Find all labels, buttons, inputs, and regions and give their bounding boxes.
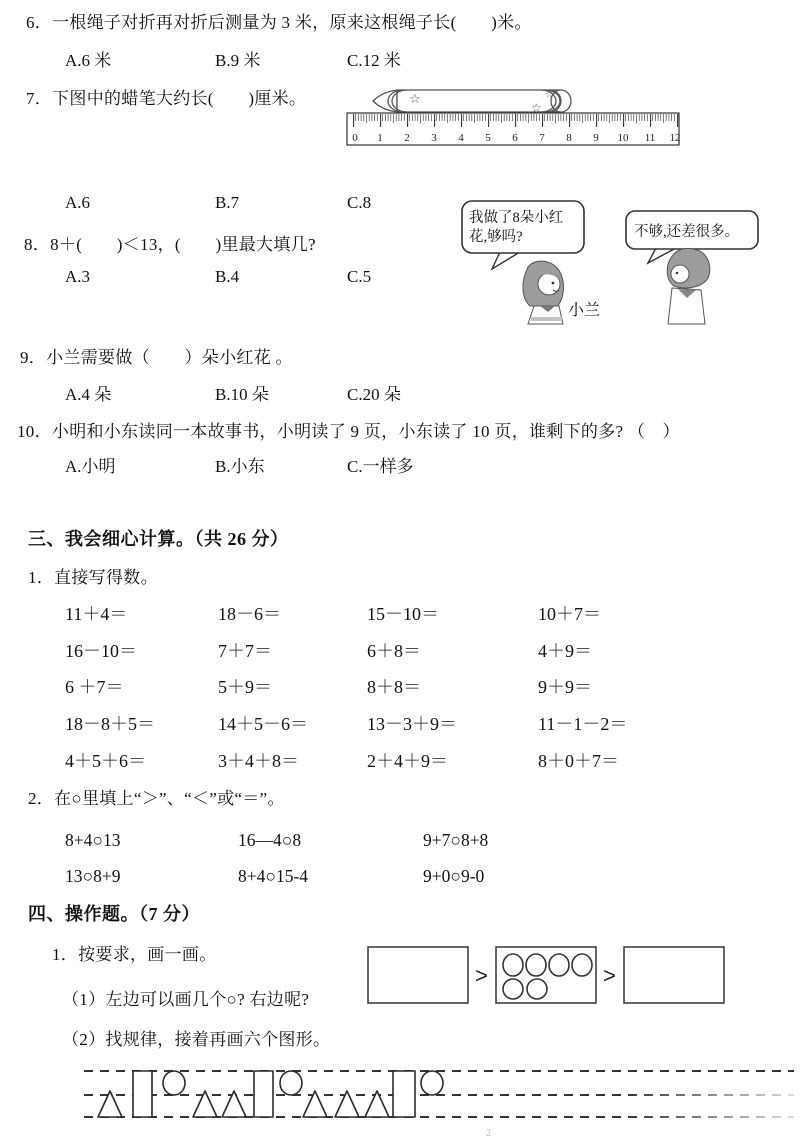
calc-item: 8＋8＝ bbox=[367, 673, 421, 699]
compare-item: 8+4○13 bbox=[65, 830, 120, 851]
compare-item: 16—4○8 bbox=[238, 830, 301, 851]
boy-face bbox=[671, 265, 689, 283]
compare-item: 8+4○15-4 bbox=[238, 866, 308, 887]
calc-row: 6 ＋7＝ 5＋9＝ 8＋8＝ 9＋9＝ bbox=[0, 673, 809, 697]
option-b: B.小东 bbox=[215, 452, 265, 477]
question-10-text: 10．小明和小东读同一本故事书，小明读了 9 页，小东读了 10 页，谁剩下的多… bbox=[17, 417, 680, 442]
question-7-text: 7．下图中的蜡笔大约长( )厘米。 bbox=[26, 84, 306, 109]
calc-row: 11＋4＝ 18－6＝ 15－10＝ 10＋7＝ bbox=[0, 600, 809, 624]
rectangle-shape bbox=[254, 1071, 273, 1117]
calc-item: 9＋9＝ bbox=[538, 673, 592, 699]
triangle-shape bbox=[303, 1091, 327, 1117]
calc-item: 14＋5－6＝ bbox=[218, 710, 308, 736]
calc-item: 7＋7＝ bbox=[218, 637, 272, 663]
boy-bubble-text: 不够,还差很多。 bbox=[634, 223, 739, 240]
option-a: A.4 朵 bbox=[65, 380, 111, 405]
section-3-sub2: 2．在○里填上“＞”、“＜”或“＝”。 bbox=[28, 784, 285, 809]
girl-bubble-text-line1: 我做了8朵小红 bbox=[469, 209, 563, 226]
ruler-tick-label: 7 bbox=[539, 132, 545, 144]
section-3-sub1: 1．直接写得数。 bbox=[28, 563, 158, 588]
ruler-tick-label: 8 bbox=[566, 132, 572, 144]
section-3-heading: 三、我会细心计算。（共 26 分） bbox=[28, 525, 289, 551]
ruler-tick-label: 9 bbox=[593, 132, 599, 144]
calc-item: 8＋0＋7＝ bbox=[538, 747, 619, 773]
option-c: C.12 米 bbox=[347, 46, 401, 71]
question-9-options: A.4 朵 B.10 朵 C.20 朵 bbox=[0, 380, 809, 404]
option-a: A.6 bbox=[65, 193, 90, 213]
option-c: C.5 bbox=[347, 267, 371, 287]
calc-item: 18－8＋5＝ bbox=[65, 710, 155, 736]
calc-item: 6 ＋7＝ bbox=[65, 673, 124, 699]
option-b: B.10 朵 bbox=[215, 380, 269, 405]
question-10-options: A.小明 B.小东 C.一样多 bbox=[0, 452, 809, 476]
option-b: B.4 bbox=[215, 267, 239, 287]
compare-row: 13○8+9 8+4○15-4 9+0○9-0 bbox=[0, 866, 809, 890]
calc-row: 18－8＋5＝ 14＋5－6＝ 13－3＋9＝ 11－1－2＝ bbox=[0, 710, 809, 734]
girl-name-label: 小兰 bbox=[568, 301, 600, 319]
option-a: A.3 bbox=[65, 267, 90, 287]
compare-boxes-figure: > > bbox=[360, 940, 740, 1008]
calc-item: 5＋9＝ bbox=[218, 673, 272, 699]
section-4-sub1: 1．按要求，画一画。 bbox=[52, 940, 217, 965]
faded-area bbox=[622, 1082, 796, 1128]
compare-row: 8+4○13 16—4○8 9+7○8+8 bbox=[0, 830, 809, 854]
star-icon: ☆ bbox=[409, 92, 421, 107]
pattern-figure bbox=[82, 1056, 796, 1134]
option-a: A.小明 bbox=[65, 452, 116, 477]
compare-item: 9+7○8+8 bbox=[423, 830, 488, 851]
triangle-shape bbox=[335, 1091, 359, 1117]
page-number-mark: 2 bbox=[486, 1128, 491, 1139]
compare-item: 9+0○9-0 bbox=[423, 866, 484, 887]
option-b: B.9 米 bbox=[215, 46, 260, 71]
question-6-options: A.6 米 B.9 米 C.12 米 bbox=[0, 46, 809, 70]
calc-item: 2＋4＋9＝ bbox=[367, 747, 448, 773]
calc-item: 6＋8＝ bbox=[367, 637, 421, 663]
girl-bubble-text-line2: 花,够吗? bbox=[469, 227, 523, 245]
calc-item: 13－3＋9＝ bbox=[367, 710, 457, 736]
calc-row: 16－10＝ 7＋7＝ 6＋8＝ 4＋9＝ bbox=[0, 637, 809, 661]
circle-shape bbox=[163, 1071, 185, 1095]
ruler-figure: 0 1 2 3 4 5 6 7 8 9 10 11 12 bbox=[345, 111, 681, 147]
triangle-shape bbox=[365, 1091, 389, 1117]
ruler-tick-label: 6 bbox=[512, 132, 518, 144]
section-4-q2: （2）找规律，接着再画六个图形。 bbox=[62, 1025, 330, 1050]
rectangle-shape bbox=[393, 1071, 415, 1117]
calc-item: 18－6＝ bbox=[218, 600, 281, 626]
ruler-tick-label: 0 bbox=[352, 132, 358, 144]
ruler-tick-label: 11 bbox=[645, 132, 656, 144]
option-a: A.6 米 bbox=[65, 46, 111, 71]
calc-item: 10＋7＝ bbox=[538, 600, 601, 626]
ruler-tick-label: 12 bbox=[670, 132, 681, 144]
rectangle-shape bbox=[133, 1071, 152, 1117]
calc-row: 4＋5＋6＝ 3＋4＋8＝ 2＋4＋9＝ 8＋0＋7＝ bbox=[0, 747, 809, 771]
option-c: C.8 bbox=[347, 193, 371, 213]
calc-item: 16－10＝ bbox=[65, 637, 137, 663]
ruler-tick-label: 10 bbox=[618, 132, 630, 144]
ruler-tick-label: 3 bbox=[431, 132, 437, 144]
circle-shape bbox=[280, 1071, 302, 1095]
section-4-heading: 四、操作题。（7 分） bbox=[28, 900, 200, 926]
triangle-shape bbox=[222, 1091, 246, 1117]
option-b: B.7 bbox=[215, 193, 239, 213]
calc-item: 11－1－2＝ bbox=[538, 710, 627, 736]
empty-box-right bbox=[624, 947, 724, 1003]
calc-item: 3＋4＋8＝ bbox=[218, 747, 299, 773]
calc-item: 4＋5＋6＝ bbox=[65, 747, 146, 773]
ruler-tick-label: 4 bbox=[458, 132, 464, 144]
star-icon: ☆ bbox=[545, 90, 553, 100]
question-9-text: 9．小兰需要做（ ）朵小红花 。 bbox=[20, 343, 293, 368]
question-6-text: 6．一根绳子对折再对折后测量为 3 米，原来这根绳子长( )米。 bbox=[26, 8, 532, 33]
cartoon-figure: 我做了8朵小红 花,够吗? 不够,还差很多。 小兰 bbox=[456, 193, 808, 327]
compare-item: 13○8+9 bbox=[65, 866, 120, 887]
calc-item: 4＋9＝ bbox=[538, 637, 592, 663]
ruler-tick-label: 2 bbox=[404, 132, 410, 144]
ruler-tick-label: 5 bbox=[485, 132, 491, 144]
option-c: C.20 朵 bbox=[347, 380, 401, 405]
test-paper-page: 6．一根绳子对折再对折后测量为 3 米，原来这根绳子长( )米。 A.6 米 B… bbox=[0, 0, 809, 1144]
question-8-text: 8．8＋( )＜13，( )里最大填几? bbox=[24, 230, 316, 255]
calc-item: 11＋4＝ bbox=[65, 600, 127, 626]
option-c: C.一样多 bbox=[347, 452, 414, 477]
girl-speech-bubble: 我做了8朵小红 花,够吗? bbox=[462, 201, 584, 269]
section-4-q1: （1）左边可以画几个○? 右边呢? bbox=[62, 985, 309, 1010]
circle-shape bbox=[421, 1071, 443, 1095]
ruler-tick-label: 1 bbox=[377, 132, 383, 144]
calc-item: 15－10＝ bbox=[367, 600, 439, 626]
empty-box-left bbox=[368, 947, 468, 1003]
boy-character bbox=[667, 248, 710, 324]
greater-than-sign: > bbox=[603, 963, 616, 988]
greater-than-sign: > bbox=[475, 963, 488, 988]
girl-character bbox=[523, 261, 564, 324]
